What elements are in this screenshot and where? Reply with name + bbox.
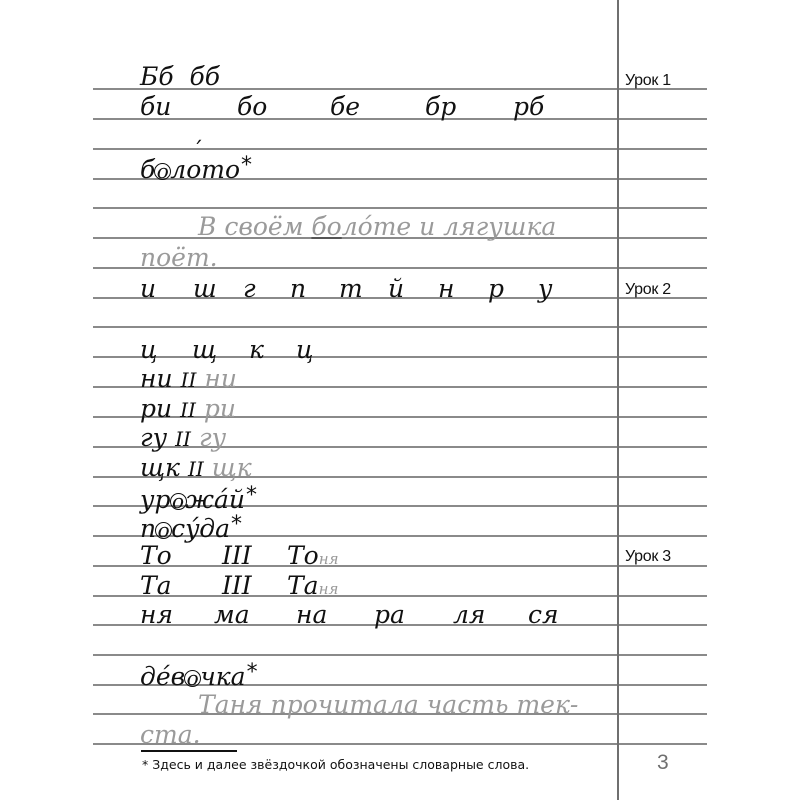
ruled-line <box>93 326 707 328</box>
ruled-line <box>93 565 707 567</box>
margin-line <box>617 0 619 800</box>
circled-letter: о <box>184 670 201 687</box>
ruled-line <box>93 356 707 358</box>
separator: III <box>222 543 252 568</box>
letter-item: р <box>488 276 504 301</box>
dictionary-word-devochka: дéвочка* <box>140 662 258 689</box>
ruled-line <box>93 148 707 150</box>
asterisk-icon: * <box>246 483 257 508</box>
sentence-line-2: ста. <box>140 722 201 747</box>
footnote-separator <box>141 750 237 752</box>
syllable-ta: Та <box>140 573 172 598</box>
syllable-4: бр <box>425 94 456 119</box>
footnote: * Здесь и далее звёздочкой обозначены сл… <box>142 757 529 772</box>
letter-item: у <box>538 276 553 301</box>
lesson-label-1: Урок 1 <box>625 72 671 90</box>
letter-item: к <box>249 337 264 362</box>
asterisk-icon: * <box>247 660 258 685</box>
syllable-pair: ниIIни <box>140 366 237 391</box>
workbook-page: Урок 1 Урок 2 Урок 3 Бб бб би бо бе бр р… <box>0 0 800 800</box>
sentence-line-1: В своём болóте и лягушка <box>198 214 556 239</box>
letter-item: ц <box>296 337 313 362</box>
circled-letter: о <box>154 163 171 180</box>
letter-item: ня <box>140 602 173 627</box>
letter-item: ля <box>453 602 485 627</box>
letter-item: п <box>290 276 306 301</box>
letter-item: т <box>339 276 363 301</box>
ruled-line <box>93 118 707 120</box>
ruled-line <box>93 654 707 656</box>
ruled-line <box>93 207 707 209</box>
asterisk-icon: * <box>241 153 252 178</box>
dictionary-word-urozhai: урожáй* <box>140 485 257 512</box>
asterisk-icon: * <box>231 512 242 537</box>
lesson-label-2: Урок 2 <box>625 281 671 299</box>
circled-letter: о <box>170 493 187 510</box>
sentence-line-2: поёт. <box>140 245 218 270</box>
syllable-pair: гуIIгу <box>140 425 226 450</box>
syllable-1: би <box>140 94 171 119</box>
letter-item: на <box>296 602 327 627</box>
syllable-pair: щкIIщк <box>140 455 252 480</box>
word-tonya: Тоня <box>287 543 339 568</box>
lesson-label-3: Урок 3 <box>625 548 671 566</box>
letter-item: ма <box>214 602 250 627</box>
letter-item: ш <box>193 276 217 301</box>
letter-item: ц <box>140 337 157 362</box>
letter-item: ра <box>374 602 405 627</box>
syllable-3: бе <box>330 94 360 119</box>
letter-item: и <box>140 276 156 301</box>
separator: III <box>222 573 252 598</box>
dictionary-word-boloto: болото* <box>140 155 252 182</box>
syllable-5: рб <box>513 94 544 119</box>
syllable-pair: риIIри <box>140 396 236 421</box>
letters-b: Бб бб <box>140 64 220 89</box>
letter-item: ся <box>528 602 559 627</box>
word-tanya: Таня <box>287 573 338 598</box>
syllable-2: бо <box>237 94 267 119</box>
sentence-line-1: Таня прочитала часть тек- <box>198 692 578 717</box>
accented-letter: о <box>186 155 201 184</box>
syllable-to: То <box>140 543 172 568</box>
page-number: 3 <box>657 751 669 775</box>
letter-item: й <box>388 276 404 301</box>
circled-letter: о <box>155 522 172 539</box>
letter-item: н <box>438 276 454 301</box>
ruled-line <box>93 595 707 597</box>
dictionary-word-posuda: посýда* <box>140 514 242 541</box>
letter-item: щ <box>192 337 217 362</box>
letter-item: г <box>243 276 256 301</box>
